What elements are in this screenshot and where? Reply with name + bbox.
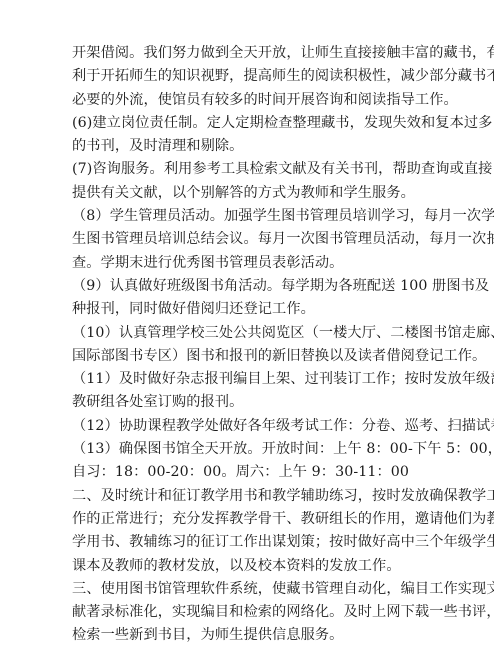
- text-line: （9）认真做好班级图书角活动。每学期为各班配送 100 册图书及 2: [72, 275, 432, 298]
- text-line: 开架借阅。我们努力做到全天开放，让师生直接接触丰富的藏书，有: [72, 42, 432, 65]
- text-line: 学用书、教辅练习的征订工作出谋划策；按时做好高中三个年级学生: [72, 531, 432, 554]
- text-line: 的书刊，及时清理和剔除。: [72, 135, 432, 158]
- text-line: （12）协助课程教学处做好各年级考试工作：分卷、巡考、扫描试卷。: [72, 415, 432, 438]
- text-line: （13）确保图书馆全天开放。开放时间：上午 8：00-下午 5：00，晚: [72, 438, 432, 461]
- text-line: （8）学生管理员活动。加强学生图书管理员培训学习，每月一次学: [72, 205, 432, 228]
- text-line: 种报刊，同时做好借阅归还登记工作。: [72, 298, 432, 321]
- text-line: 教研组各处室订购的报刊。: [72, 391, 432, 414]
- text-line: 课本及教师的教材发放，以及校本资料的发放工作。: [72, 555, 432, 578]
- text-line: 必要的外流，使馆员有较多的时间开展咨询和阅读指导工作。: [72, 89, 432, 112]
- text-line: (7)咨询服务。利用参考工具检索文献及有关书刊，帮助查询或直接: [72, 158, 432, 181]
- text-line: 献著录标准化，实现编目和检索的网络化。及时上网下载一些书评，: [72, 601, 432, 624]
- text-line: (6)建立岗位责任制。定人定期检查整理藏书，发现失效和复本过多: [72, 112, 432, 135]
- text-line: 自习：18：00-20：00。周六：上午 9：30-11：00: [72, 461, 432, 484]
- text-line: 检索一些新到书目，为师生提供信息服务。: [72, 624, 432, 647]
- text-line: 利于开拓师生的知识视野，提高师生的阅读积极性，减少部分藏书不: [72, 65, 432, 88]
- text-line: 国际部图书专区）图书和报刊的新旧替换以及读者借阅登记工作。: [72, 345, 432, 368]
- text-line: （10）认真管理学校三处公共阅览区（一楼大厅、二楼图书馆走廊、: [72, 322, 432, 345]
- text-line: 二、及时统计和征订教学用书和教学辅助练习，按时发放确保教学工: [72, 485, 432, 508]
- text-line: 查。学期末进行优秀图书管理员表彰活动。: [72, 252, 432, 275]
- text-line: 三、使用图书馆管理软件系统，使藏书管理自动化，编目工作实现文: [72, 578, 432, 601]
- text-line: （11）及时做好杂志报刊编目上架、过刊装订工作；按时发放年级部: [72, 368, 432, 391]
- document-page: 开架借阅。我们努力做到全天开放，让师生直接接触丰富的藏书，有 利于开拓师生的知识…: [72, 42, 432, 648]
- text-line: 作的正常进行；充分发挥教学骨干、教研组长的作用，邀请他们为教: [72, 508, 432, 531]
- text-line: 生图书管理员培训总结会议。每月一次图书管理员活动，每月一次抽: [72, 228, 432, 251]
- text-line: 提供有关文献，以个别解答的方式为教师和学生服务。: [72, 182, 432, 205]
